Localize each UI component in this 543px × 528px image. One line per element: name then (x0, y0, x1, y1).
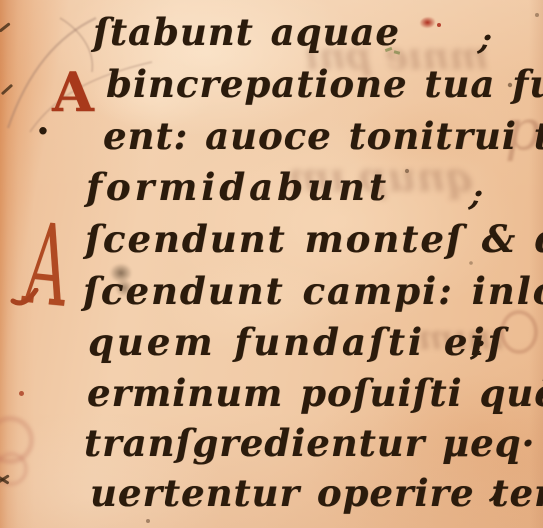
red-ink-stain-dot (437, 23, 441, 27)
manuscript-page: mnıe pnı qnup ım p ınım A A ſtabunt aqua… (0, 0, 543, 528)
text-line-8: erminum poſuiſti quēnon (87, 371, 543, 415)
red-ink-dot-margin (19, 391, 24, 396)
rubric-initial-flourish (10, 288, 40, 312)
bleedthrough-ring-left-1 (0, 416, 34, 464)
punctus-versus-1: ; (477, 19, 495, 58)
text-line-3: ent: auoce tonitrui tui (103, 114, 543, 158)
text-line-4: formidabunt (86, 165, 390, 209)
text-line-7: quem fundaſti eiſ (88, 320, 506, 364)
rubric-initial-uncial-a: A (52, 60, 94, 124)
text-line-9: tranſgredientur μeq· con (84, 421, 543, 465)
margin-dot: · (36, 112, 50, 152)
ink-speck-layer (0, 0, 2, 2)
red-ink-stain (420, 17, 435, 28)
text-line-6: ſcendunt campi: inlocū (83, 269, 543, 313)
text-line-5: ſcendunt monteſ & de (85, 217, 543, 261)
text-line-10: uertentur operire terrā (90, 471, 543, 515)
text-line-2: bincrepatione tua fugi (106, 62, 543, 106)
text-line-1: ſtabunt aquae (93, 10, 400, 54)
